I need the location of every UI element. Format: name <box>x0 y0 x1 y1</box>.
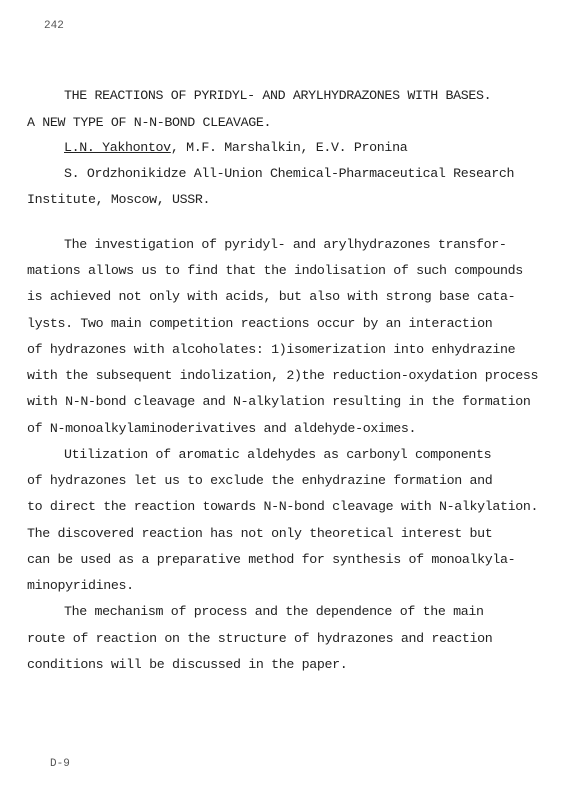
body-line: with the subsequent indolization, 2)the … <box>27 368 538 384</box>
title-line-1: THE REACTIONS OF PYRIDYL- AND ARYLHYDRAZ… <box>64 88 491 104</box>
authors: L.N. Yakhontov, M.F. Marshalkin, E.V. Pr… <box>64 140 407 156</box>
footer-code: D-9 <box>50 756 70 772</box>
first-author: L.N. Yakhontov <box>64 140 171 155</box>
body-line: mations allows us to find that the indol… <box>27 263 523 279</box>
body-line: Utilization of aromatic aldehydes as car… <box>64 447 491 463</box>
body-line: minopyridines. <box>27 578 134 594</box>
body-line: route of reaction on the structure of hy… <box>27 631 492 647</box>
body-line: can be used as a preparative method for … <box>27 552 515 568</box>
page-number: 242 <box>44 18 64 34</box>
body-line: of N-monoalkylaminoderivatives and aldeh… <box>27 421 416 437</box>
body-line: to direct the reaction towards N-N-bond … <box>27 499 538 515</box>
affiliation-line-2: Institute, Moscow, USSR. <box>27 192 210 208</box>
body-line: of hydrazones let us to exclude the enhy… <box>27 473 492 489</box>
body-line: The mechanism of process and the depende… <box>64 604 484 620</box>
body-line: with N-N-bond cleavage and N-alkylation … <box>27 394 531 410</box>
body-line: is achieved not only with acids, but als… <box>27 289 515 305</box>
co-authors: , M.F. Marshalkin, E.V. Pronina <box>171 140 408 155</box>
body-line: of hydrazones with alcoholates: 1)isomer… <box>27 342 515 358</box>
body-line: The discovered reaction has not only the… <box>27 526 492 542</box>
title-line-2: A NEW TYPE OF N-N-BOND CLEAVAGE. <box>27 115 271 131</box>
affiliation-line-1: S. Ordzhonikidze All-Union Chemical-Phar… <box>64 166 514 182</box>
body-line: The investigation of pyridyl- and arylhy… <box>64 237 507 253</box>
body-line: lysts. Two main competition reactions oc… <box>27 316 492 332</box>
body-line: conditions will be discussed in the pape… <box>27 657 347 673</box>
